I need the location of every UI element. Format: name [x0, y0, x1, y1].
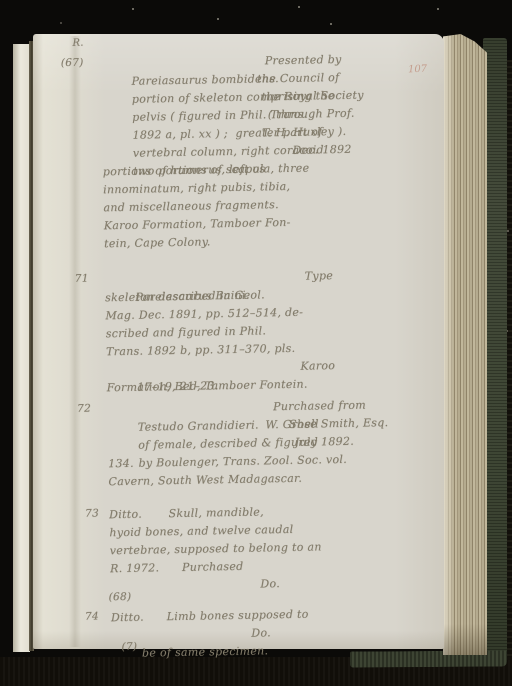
entry-text: scribed and figured in Phil.	[106, 324, 267, 340]
register-entry-72: 72 Testudo Grandidieri. Shell Purchased …	[69, 395, 443, 492]
dust-speck	[437, 8, 439, 10]
entry-text: Cavern, South West Madagascar.	[108, 472, 302, 489]
entry-text: tein, Cape Colony.	[104, 235, 211, 250]
register-entry-74: 74 Ditto. Limb bones supposed to be of s…	[73, 603, 446, 646]
acquisition-note: the Royal Society	[261, 86, 364, 106]
dust-speck	[298, 6, 300, 8]
interline-note: (68)	[108, 591, 131, 603]
margin-letter: R.	[72, 38, 84, 49]
entry-text: hyoid bones, and twelve caudal	[109, 523, 293, 539]
dust-speck	[132, 8, 134, 10]
handwritten-content: R. (67) Pareiasaurus bombidens. Presente…	[62, 13, 446, 665]
acquisition-note: ( through Prof.	[268, 105, 355, 125]
acquisition-note: the Council of	[257, 69, 340, 89]
acquisition-note: Presented by	[265, 51, 342, 70]
entry-text: and miscellaneous fragments.	[103, 198, 279, 214]
side-note: Type	[305, 267, 334, 286]
register-entry-71: 71 Pareiasaurus Baini. Type skeleton des…	[67, 265, 441, 398]
facing-page-edge	[13, 44, 30, 652]
entry-text: innominatum, right pubis, tibia,	[103, 180, 290, 196]
entry-text: skeleton described in Geol.	[105, 288, 265, 304]
ditto-mark: Do.	[251, 624, 271, 642]
entry-text: Karoo Formation, Tamboer Fon-	[104, 216, 291, 232]
entry-text: vertebrae, supposed to belong to an	[110, 540, 322, 557]
entry-text: 134.	[108, 457, 134, 470]
dust-speck	[507, 230, 509, 232]
ditto-mark: Do.	[260, 575, 280, 593]
entry-text: Mag. Dec. 1891, pp. 512–514, de-	[105, 306, 303, 323]
acquisition-note: W. Grose Smith, Esq.	[265, 414, 388, 434]
register-entry-73: 73 Ditto. Skull, mandible, hyoid bones, …	[71, 500, 445, 597]
entry-text: Formation, Bed, Tamboer Fontein.	[107, 378, 308, 395]
page-fore-edge-stack	[443, 34, 487, 655]
entry-text: Ditto. Limb bones supposed to	[111, 608, 309, 625]
book-photo: 107 R. (67) Pareiasaurus bombidens. Pres…	[0, 0, 512, 686]
acquisition-note: T. H. Huxley ).	[262, 123, 347, 143]
acquisition-date: July 1892.	[295, 433, 355, 452]
entry-text: be of same specimen.	[142, 644, 268, 659]
acquisition-date: Dec. 1892	[292, 141, 352, 160]
entry-text: portions of humerus, left os	[103, 162, 266, 178]
bottom-note: (7)	[121, 641, 137, 653]
side-note: Karoo	[300, 357, 335, 376]
entry-text: R. 1972. Purchased	[110, 560, 244, 575]
entry-text: Ditto. Skull, mandible,	[109, 505, 264, 521]
register-entry-67: (67) Pareiasaurus bombidens. Presented b…	[63, 49, 439, 254]
entry-text: Trans. 1892 b, pp. 311–370, pls.	[106, 342, 295, 358]
acquisition-note: Purchased from	[273, 396, 366, 416]
